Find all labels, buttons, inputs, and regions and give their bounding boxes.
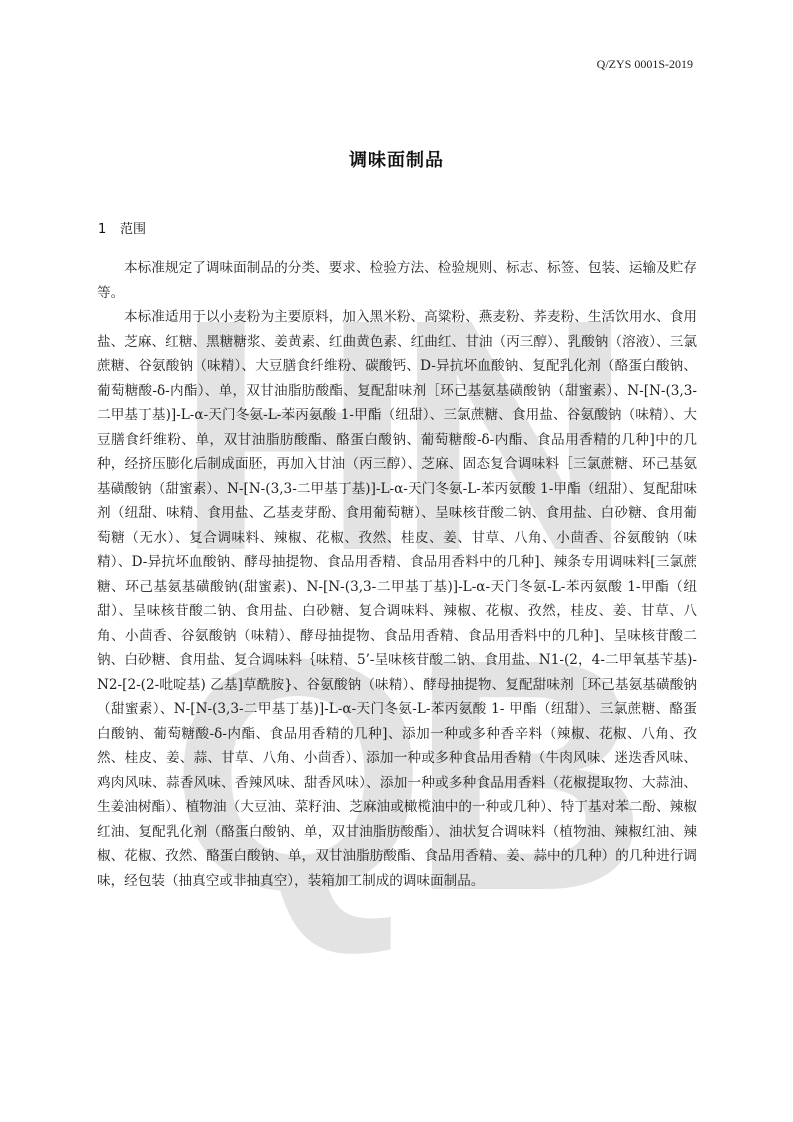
section-heading: 1范围 [98, 218, 146, 237]
document-code: Q/ZYS 0001S-2019 [597, 57, 693, 72]
page-title: 调味面制品 [0, 146, 793, 172]
section-title: 范围 [120, 222, 146, 237]
section-body: 本标准规定了调味面制品的分类、要求、检验方法、检验规则、标志、标签、包装、运输及… [97, 256, 697, 893]
document-page: H N Q B Q/ZYS 0001S-2019 调味面制品 1范围 本标准规定… [0, 0, 793, 1122]
section-number: 1 [98, 222, 120, 237]
paragraph-scope-applicability: 本标准适用于以小麦粉为主要原料，加入黑米粉、高粱粉、燕麦粉、荞麦粉、生活饮用水、… [97, 305, 697, 893]
paragraph-scope-summary: 本标准规定了调味面制品的分类、要求、检验方法、检验规则、标志、标签、包装、运输及… [97, 256, 697, 305]
